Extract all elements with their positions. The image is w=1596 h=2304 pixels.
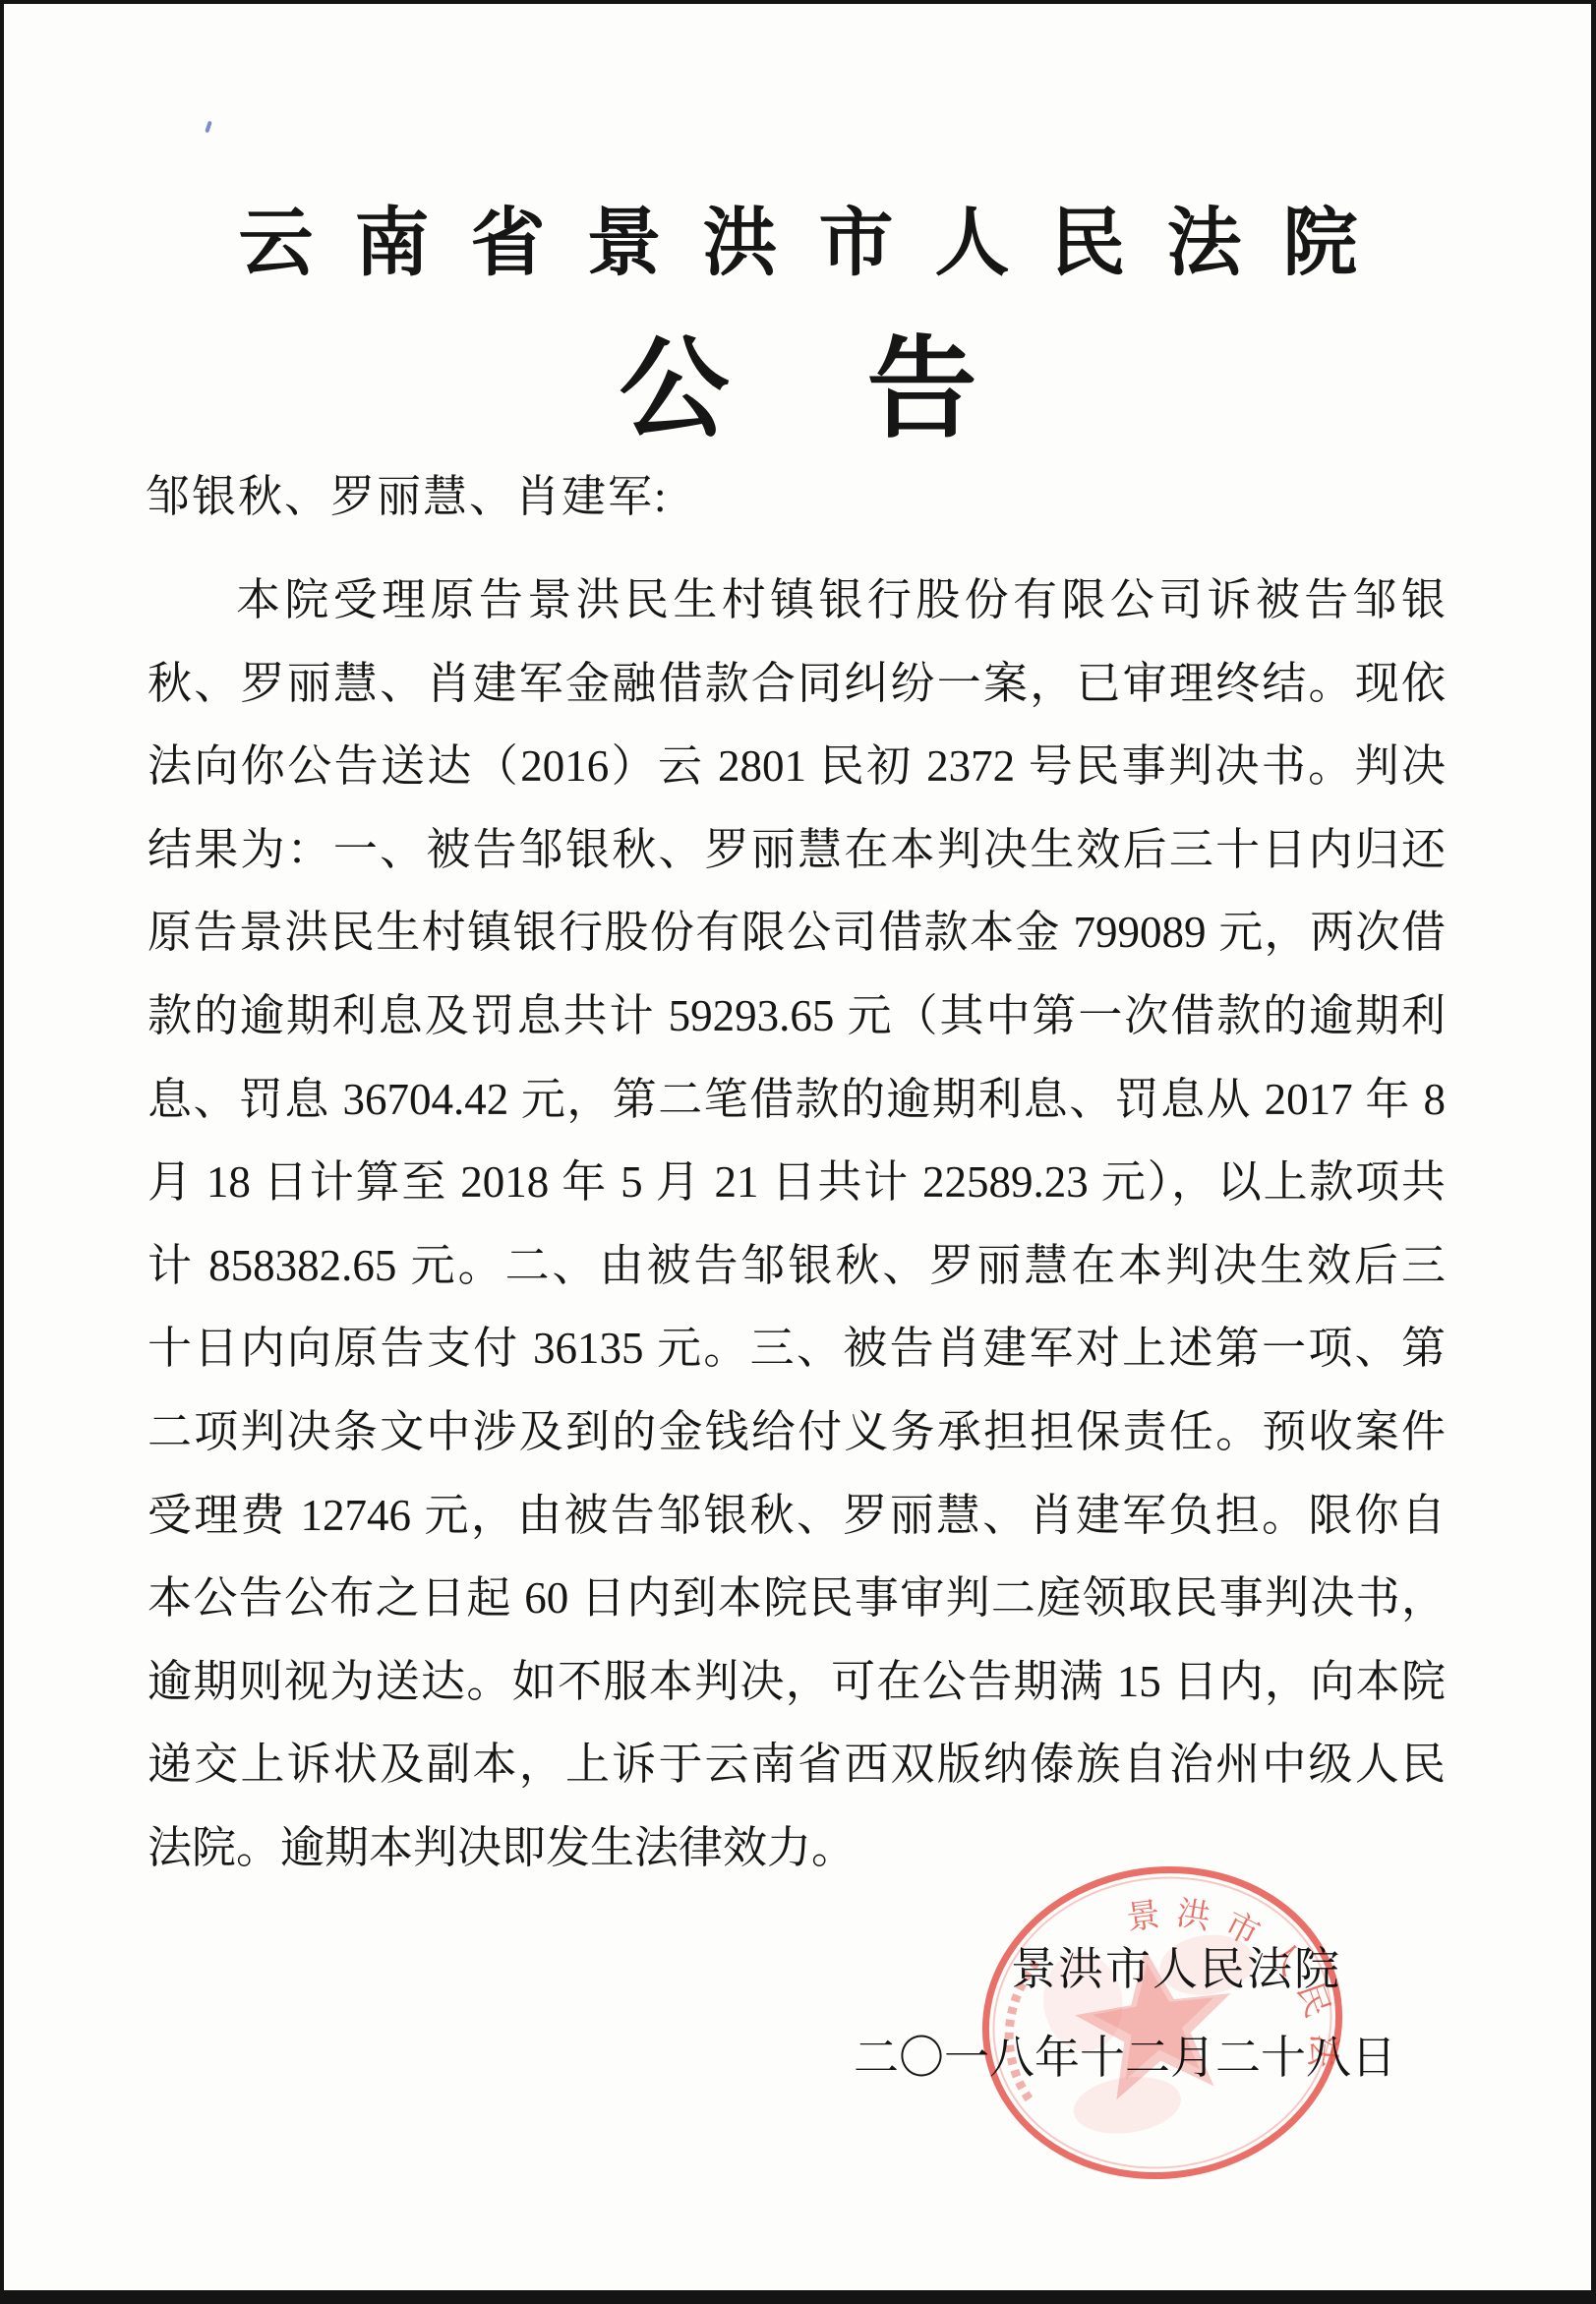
body-line: 法向你公告送达（2016）云 2801 民初 2372 号民事判决书。判决 bbox=[148, 725, 1446, 808]
body-line: 息、罚息 36704.42 元，第二笔借款的逾期利息、罚息从 2017 年 8 bbox=[148, 1058, 1446, 1142]
scan-artifact bbox=[205, 121, 212, 134]
body-line: 递交上诉状及副本，上诉于云南省西双版纳傣族自治州中级人民 bbox=[148, 1723, 1446, 1806]
scan-edge-top bbox=[0, 0, 1596, 4]
body-line: 秋、罗丽慧、肖建军金融借款合同纠纷一案，已审理终结。现依 bbox=[148, 642, 1446, 726]
body-line: 款的逾期利息及罚息共计 59293.65 元（其中第一次借款的逾期利 bbox=[148, 975, 1446, 1058]
body-line: 法院。逾期本判决即发生法律效力。 bbox=[148, 1806, 1446, 1890]
body-line: 受理费 12746 元，由被告邹银秋、罗丽慧、肖建军负担。限你自 bbox=[148, 1474, 1446, 1558]
scan-edge-bottom bbox=[0, 2290, 1596, 2304]
body-line: 逾期则视为送达。如不服本判决，可在公告期满 15 日内，向本院 bbox=[148, 1640, 1446, 1724]
court-name-heading: 云南省景洪市人民法院 bbox=[0, 183, 1596, 290]
body-line: 十日内向原告支付 36135 元。三、被告肖建军对上述第一项、第 bbox=[148, 1307, 1446, 1390]
notice-body: 本院受理原告景洪民生村镇银行股份有限公司诉被告邹银 秋、罗丽慧、肖建军金融借款合… bbox=[148, 559, 1446, 1890]
court-notice-document: 云南省景洪市人民法院 公告 邹银秋、罗丽慧、肖建军: 本院受理原告景洪民生村镇银… bbox=[0, 0, 1596, 2304]
body-line: 二项判决条文中涉及到的金钱给付义务承担担保责任。预收案件 bbox=[148, 1390, 1446, 1474]
body-line: 月 18 日计算至 2018 年 5 月 21 日共计 22589.23 元），… bbox=[148, 1141, 1446, 1224]
signature-court-name: 景洪市人民法院 bbox=[1011, 1933, 1341, 1998]
body-line: 本院受理原告景洪民生村镇银行股份有限公司诉被告邹银 bbox=[148, 559, 1446, 642]
notice-title: 公告 bbox=[0, 301, 1596, 459]
addressee-line: 邹银秋、罗丽慧、肖建军: bbox=[146, 460, 669, 524]
body-line: 原告景洪民生村镇银行股份有限公司借款本金 799089 元，两次借 bbox=[148, 891, 1446, 975]
body-line: 本公告公布之日起 60 日内到本院民事审判二庭领取民事判决书， bbox=[148, 1557, 1446, 1640]
body-line: 结果为：一、被告邹银秋、罗丽慧在本判决生效后三十日内归还 bbox=[148, 808, 1446, 892]
body-line: 计 858382.65 元。二、由被告邹银秋、罗丽慧在本判决生效后三 bbox=[148, 1224, 1446, 1308]
signature-date: 二〇一八年十二月二十八日 bbox=[854, 2022, 1396, 2087]
